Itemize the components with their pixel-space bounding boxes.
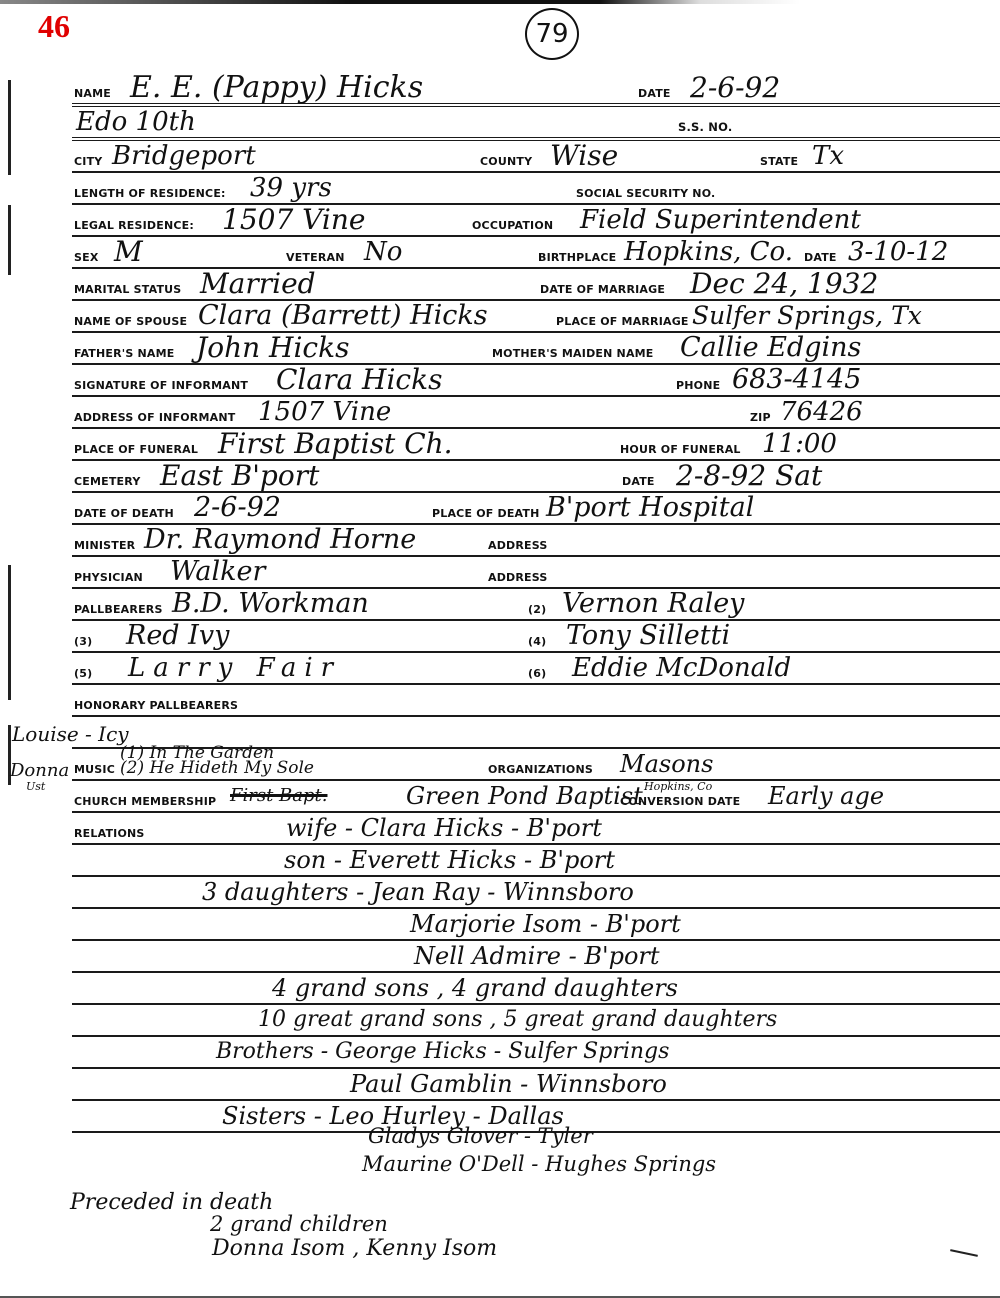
label-veteran: VETERAN [286, 251, 345, 264]
margin-mark [8, 565, 11, 700]
label-mothers-maiden-name: MOTHER'S MAIDEN NAME [492, 347, 654, 360]
label-honorary-pallbearers: HONORARY PALLBEARERS [74, 699, 238, 712]
circled-record-number: 79 [525, 8, 579, 60]
value-hour-of-funeral: 11:00 [762, 429, 837, 459]
relation-line: 10 great grand sons , 5 great grand daug… [258, 1005, 777, 1035]
pallbearer-5: Larry Fair [128, 653, 341, 683]
row-minister: MINISTER Dr. Raymond Horne ADDRESS [72, 524, 1000, 557]
label-signature-of-informant: SIGNATURE OF INFORMANT [74, 379, 248, 392]
music-2: (2) He Hideth My Sole [120, 757, 314, 779]
row-spouse: NAME OF SPOUSE Clara (Barrett) Hicks PLA… [72, 300, 1000, 333]
relation-line: wife - Clara Hicks - B'port [286, 813, 602, 843]
label-place-of-marriage: PLACE OF MARRIAGE [556, 315, 689, 328]
relation-line: son - Everett Hicks - B'port [284, 845, 615, 875]
margin-mark [8, 205, 11, 275]
row-funeral-place: PLACE OF FUNERAL First Baptist Ch. HOUR … [72, 428, 1000, 461]
margin-note-louise: Louise - Icy [12, 722, 129, 746]
row-legal-residence: LEGAL RESIDENCE: 1507 Vine OCCUPATION Fi… [72, 204, 1000, 237]
margin-note-ust: Ust [26, 780, 45, 793]
pallbearer-3-num: (3) [74, 635, 92, 648]
value-sex: M [114, 237, 143, 267]
value-conversion-date: Early age [768, 781, 884, 811]
pallbearer-4: Tony Silletti [566, 621, 730, 651]
relation-line: Maurine O'Dell - Hughes Springs [362, 1152, 716, 1176]
label-fathers-name: FATHER'S NAME [74, 347, 175, 360]
value-mothers-maiden-name: Callie Edgins [680, 333, 861, 363]
relation-line: Nell Admire - B'port [414, 941, 660, 971]
struck-church: First Bapt. [230, 781, 327, 811]
row-informant-address: ADDRESS OF INFORMANT 1507 Vine ZIP 76426 [72, 396, 1000, 429]
row-relations-1: son - Everett Hicks - B'port [72, 844, 1000, 877]
value-legal-residence: 1507 Vine [222, 205, 365, 235]
value-physician: Walker [170, 557, 265, 587]
pallbearer-1: B.D. Workman [172, 589, 369, 619]
pallbearer-4-num: (4) [528, 635, 546, 648]
row-informant: SIGNATURE OF INFORMANT Clara Hicks PHONE… [72, 364, 1000, 397]
label-funeral-date: DATE [622, 475, 655, 488]
label-pallbearers: PALLBEARERS [74, 603, 163, 616]
row-relations-4: Nell Admire - B'port [72, 940, 1000, 973]
label-phone: PHONE [676, 379, 720, 392]
value-occupation: Field Superintendent [580, 205, 861, 235]
row-relations-6: 10 great grand sons , 5 great grand daug… [72, 1004, 1000, 1037]
margin-note-donna: Donna [10, 760, 69, 781]
label-physician-address: ADDRESS [488, 571, 548, 584]
row-residence-length: LENGTH OF RESIDENCE: 39 yrs SOCIAL SECUR… [72, 172, 1000, 205]
row-sex: SEX M VETERAN No BIRTHPLACE Hopkins, Co.… [72, 236, 1000, 269]
value-marital-status: Married [200, 269, 316, 299]
label-length-of-residence: LENGTH OF RESIDENCE: [74, 187, 226, 200]
label-ss-no: S.S. NO. [678, 120, 732, 134]
label-county: COUNTY [480, 155, 532, 168]
label-organizations: ORGANIZATIONS [488, 763, 593, 776]
label-occupation: OCCUPATION [472, 219, 553, 232]
preceded-in-death-count: 2 grand children [210, 1212, 388, 1236]
row-honorary-pallbearers: HONORARY PALLBEARERS [72, 684, 1000, 717]
label-minister: MINISTER [74, 539, 135, 552]
row-cemetery: CEMETERY East B'port DATE 2-8-92 Sat [72, 460, 1000, 493]
value-county: Wise [550, 141, 618, 171]
label-zip: ZIP [750, 411, 771, 424]
label-date: DATE [638, 87, 671, 100]
value-fathers-name: John Hicks [196, 333, 349, 363]
row-relations-0: RELATIONS wife - Clara Hicks - B'port [72, 812, 1000, 845]
row-name: NAME E. E. (Pappy) Hicks DATE 2-6-92 [72, 72, 1000, 107]
label-name-of-spouse: NAME OF SPOUSE [74, 315, 187, 328]
label-name: NAME [74, 87, 111, 100]
label-social-security: SOCIAL SECURITY NO. [576, 187, 715, 200]
label-birthplace: BIRTHPLACE [538, 251, 616, 264]
value-place-of-funeral: First Baptist Ch. [218, 429, 453, 459]
value-city: Bridgeport [112, 141, 256, 171]
row-relations-8: Paul Gamblin - Winnsboro [72, 1068, 1000, 1101]
label-conversion-date: CONVERSION DATE [620, 795, 740, 808]
relation-line: 3 daughters - Jean Ray - Winnsboro [202, 877, 634, 907]
value-birthplace: Hopkins, Co. [624, 237, 793, 267]
label-minister-address: ADDRESS [488, 539, 548, 552]
pallbearer-6-num: (6) [528, 667, 546, 680]
value-name: E. E. (Pappy) Hicks [130, 73, 423, 103]
label-relations: RELATIONS [74, 827, 145, 840]
value-date-of-death: 2-6-92 [194, 493, 281, 523]
scan-top-edge [0, 0, 1000, 4]
value-birth-date: 3-10-12 [848, 237, 948, 267]
value-date-of-marriage: Dec 24, 1932 [690, 269, 878, 299]
row-marital-status: MARITAL STATUS Married DATE OF MARRIAGE … [72, 268, 1000, 301]
relation-line: 4 grand sons , 4 grand daughters [272, 973, 678, 1003]
value-address-of-informant: 1507 Vine [258, 397, 391, 427]
margin-mark [8, 80, 11, 175]
pallbearer-2-num: (2) [528, 603, 546, 616]
church-location-note: Hopkins, Co [644, 781, 712, 793]
page-number: 46 [38, 8, 70, 45]
label-marital-status: MARITAL STATUS [74, 283, 181, 296]
value-date: 2-6-92 [690, 73, 780, 103]
row-pallbearers-2: (3) Red Ivy (4) Tony Silletti [72, 620, 1000, 653]
label-church-membership: CHURCH MEMBERSHIP [74, 795, 216, 808]
row-pallbearers-1: PALLBEARERS B.D. Workman (2) Vernon Rale… [72, 588, 1000, 621]
value-zip: 76426 [780, 397, 863, 427]
row-music: MUSIC (1) In The Garden (2) He Hideth My… [72, 748, 1000, 781]
row-relations-7: Brothers - George Hicks - Sulfer Springs [72, 1036, 1000, 1069]
label-date-of-death: DATE OF DEATH [74, 507, 174, 520]
relation-line: Marjorie Isom - B'port [410, 909, 681, 939]
value-minister: Dr. Raymond Horne [144, 525, 416, 555]
value-cemetery: East B'port [160, 461, 319, 491]
preceded-in-death-names: Donna Isom , Kenny Isom [212, 1236, 497, 1261]
value-address: Edo 10th [76, 107, 196, 137]
value-phone: 683-4145 [732, 365, 861, 395]
value-organizations: Masons [620, 749, 713, 779]
pallbearer-3: Red Ivy [126, 621, 229, 651]
value-place-of-death: B'port Hospital [546, 493, 754, 523]
label-place-of-funeral: PLACE OF FUNERAL [74, 443, 198, 456]
label-hour-of-funeral: HOUR OF FUNERAL [620, 443, 741, 456]
row-city: CITY Bridgeport COUNTY Wise STATE Tx [72, 140, 1000, 173]
row-physician: PHYSICIAN Walker ADDRESS [72, 556, 1000, 589]
label-birth-date: DATE [804, 251, 837, 264]
label-physician: PHYSICIAN [74, 571, 143, 584]
row-relations-3: Marjorie Isom - B'port [72, 908, 1000, 941]
value-state: Tx [812, 141, 844, 171]
label-place-of-death: PLACE OF DEATH [432, 507, 540, 520]
relation-line: Paul Gamblin - Winnsboro [350, 1069, 667, 1099]
pallbearer-5-num: (5) [74, 667, 92, 680]
label-city: CITY [74, 155, 102, 168]
row-death: DATE OF DEATH 2-6-92 PLACE OF DEATH B'po… [72, 492, 1000, 525]
relation-line: Brothers - George Hicks - Sulfer Springs [216, 1037, 669, 1067]
row-pallbearers-3: (5) Larry Fair (6) Eddie McDonald [72, 652, 1000, 685]
label-cemetery: CEMETERY [74, 475, 141, 488]
value-place-of-marriage: Sulfer Springs, Tx [692, 301, 922, 331]
value-signature-of-informant: Clara Hicks [276, 365, 442, 395]
label-legal-residence: LEGAL RESIDENCE: [74, 219, 194, 232]
label-state: STATE [760, 155, 798, 168]
value-name-of-spouse: Clara (Barrett) Hicks [198, 301, 488, 331]
label-date-of-marriage: DATE OF MARRIAGE [540, 283, 665, 296]
label-sex: SEX [74, 251, 99, 264]
value-length-of-residence: 39 yrs [250, 173, 332, 203]
pen-mark [950, 1249, 978, 1257]
label-address-of-informant: ADDRESS OF INFORMANT [74, 411, 235, 424]
pallbearer-6: Eddie McDonald [572, 653, 791, 683]
row-address: Edo 10th S.S. NO. [72, 106, 1000, 141]
row-relations-5: 4 grand sons , 4 grand daughters [72, 972, 1000, 1005]
row-relations-2: 3 daughters - Jean Ray - Winnsboro [72, 876, 1000, 909]
value-church-membership: Green Pond Baptist [406, 781, 643, 811]
relation-line: Gladys Glover - Tyler [368, 1124, 593, 1148]
row-church: CHURCH MEMBERSHIP First Bapt. Green Pond… [72, 780, 1000, 813]
row-parents: FATHER'S NAME John Hicks MOTHER'S MAIDEN… [72, 332, 1000, 365]
pallbearer-2: Vernon Raley [562, 589, 744, 619]
value-veteran: No [364, 237, 402, 267]
label-music: MUSIC [74, 763, 115, 776]
value-funeral-date: 2-8-92 Sat [676, 461, 822, 491]
